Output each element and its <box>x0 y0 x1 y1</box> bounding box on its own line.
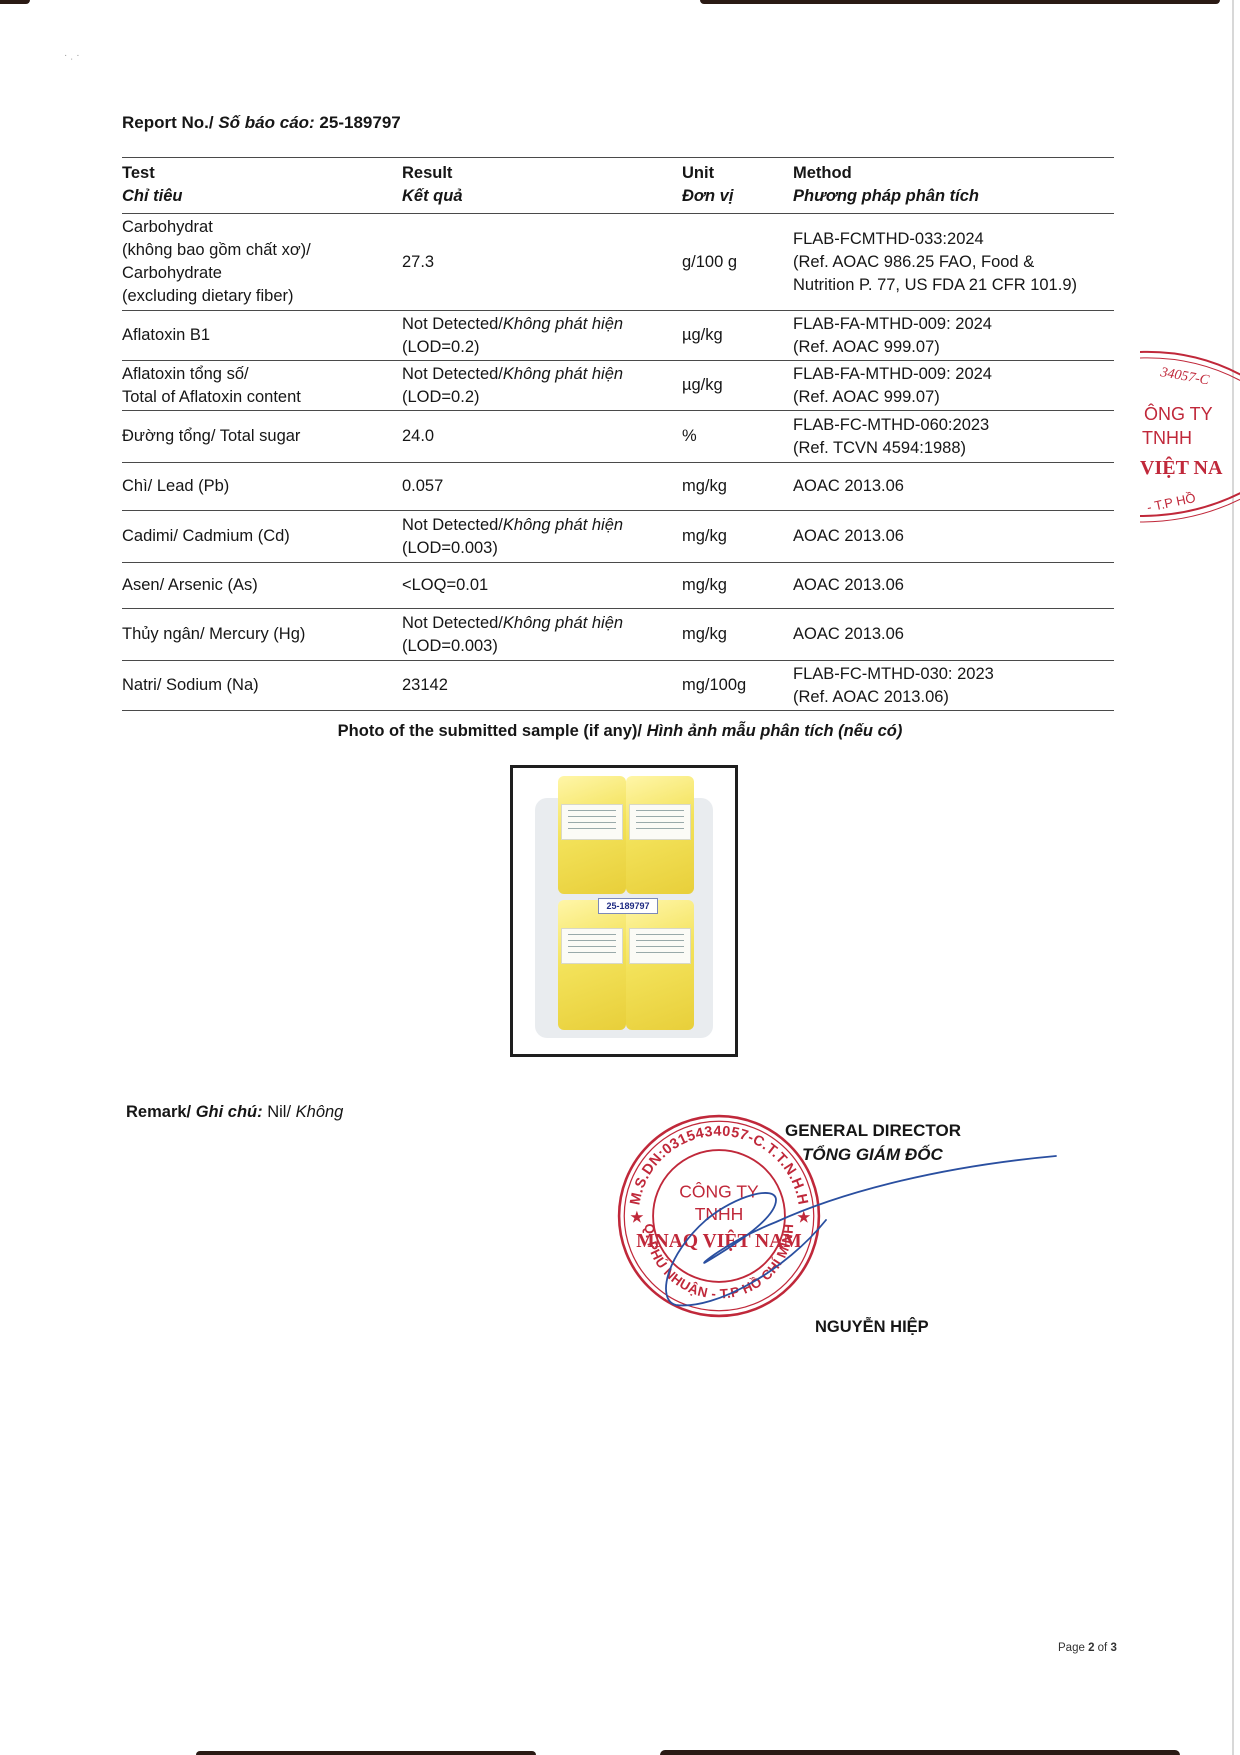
method-line: FLAB-FC-MTHD-060:2023 <box>793 414 1114 437</box>
cell-test: Carbohydrat(không bao gồm chất xơ)/Carbo… <box>122 214 402 310</box>
cell-result: 23142 <box>402 672 682 699</box>
result-value-vi: Không phát hiện <box>503 516 623 534</box>
table-row: Cadimi/ Cadmium (Cd)Not Detected/Không p… <box>122 511 1114 562</box>
scan-edge <box>1232 0 1234 1755</box>
scan-edge <box>196 1751 536 1755</box>
cell-unit: mg/kg <box>682 473 793 500</box>
sample-bag <box>626 900 694 1030</box>
cell-test: Aflatoxin tổng số/Total of Aflatoxin con… <box>122 361 402 411</box>
page-number: Page 2 of 3 <box>1058 1642 1117 1654</box>
cell-unit: µg/kg <box>682 322 793 349</box>
cell-method: AOAC 2013.06 <box>793 523 1114 550</box>
signature <box>616 1150 1066 1330</box>
test-name-line: Natri/ Sodium (Na) <box>122 674 402 697</box>
cell-unit: g/100 g <box>682 249 793 276</box>
page-of: of <box>1094 1642 1110 1654</box>
photo-caption-vi: Hình ảnh mẫu phân tích (nếu có) <box>647 722 903 740</box>
signatory-name: NGUYỄN HIỆP <box>815 1318 929 1337</box>
table-header: Test Chỉ tiêu Result Kết quả Unit Đơn vị… <box>122 158 1114 213</box>
partial-stamp-margin: 34057-C ÔNG TY TNHH VIỆT NA - T.P HỒ <box>1140 340 1240 560</box>
report-label-en: Report No./ <box>122 113 218 132</box>
page-word: Page <box>1058 1642 1088 1654</box>
result-value-vi: Không phát hiện <box>503 315 623 333</box>
sample-id-tag: 25-189797 <box>598 898 658 914</box>
remark: Remark/ Ghi chú: Nil/ Không <box>126 1103 343 1122</box>
cell-method: FLAB-FC-MTHD-030: 2023(Ref. AOAC 2013.06… <box>793 661 1114 711</box>
cell-test: Asen/ Arsenic (As) <box>122 572 402 599</box>
method-line: (Ref. AOAC 2013.06) <box>793 686 1114 709</box>
result-value: Not Detected/ <box>402 365 503 383</box>
header-test: Test Chỉ tiêu <box>122 160 402 210</box>
header-method: Method Phương pháp phân tích <box>793 160 1114 210</box>
result-value-vi: Không phát hiện <box>503 365 623 383</box>
results-table: Test Chỉ tiêu Result Kết quả Unit Đơn vị… <box>122 157 1114 711</box>
cell-result: Not Detected/Không phát hiện(LOD=0.2) <box>402 361 682 411</box>
cell-method: AOAC 2013.06 <box>793 473 1114 500</box>
result-value: <LOQ=0.01 <box>402 576 488 594</box>
cell-method: FLAB-FCMTHD-033:2024(Ref. AOAC 986.25 FA… <box>793 226 1114 299</box>
sample-label <box>629 928 691 964</box>
test-name-line: Cadimi/ Cadmium (Cd) <box>122 525 402 548</box>
header-result-en: Result <box>402 162 682 185</box>
result-value: Not Detected/ <box>402 516 503 534</box>
svg-text:ÔNG TY: ÔNG TY <box>1144 403 1213 424</box>
scan-specks: · ˌ · <box>64 50 144 80</box>
result-value: 27.3 <box>402 253 434 271</box>
method-line: FLAB-FA-MTHD-009: 2024 <box>793 313 1114 336</box>
method-line: AOAC 2013.06 <box>793 623 1114 646</box>
table-body: Carbohydrat(không bao gồm chất xơ)/Carbo… <box>122 214 1114 711</box>
header-method-en: Method <box>793 162 1114 185</box>
sample-label <box>629 804 691 840</box>
result-value-vi: Không phát hiện <box>503 614 623 632</box>
result-value: Not Detected/ <box>402 315 503 333</box>
test-name-line: Total of Aflatoxin content <box>122 386 402 409</box>
report-number: Report No./ Số báo cáo: 25-189797 <box>122 113 401 133</box>
method-line: FLAB-FCMTHD-033:2024 <box>793 228 1114 251</box>
result-value: 23142 <box>402 676 448 694</box>
method-line: FLAB-FA-MTHD-009: 2024 <box>793 363 1114 386</box>
header-method-vi: Phương pháp phân tích <box>793 185 1114 208</box>
cell-unit: mg/100g <box>682 672 793 699</box>
remark-label-en: Remark/ <box>126 1103 196 1121</box>
sample-label <box>561 928 623 964</box>
remark-value-en: Nil/ <box>263 1103 296 1121</box>
cell-result: 24.0 <box>402 423 682 450</box>
method-line: (Ref. AOAC 986.25 FAO, Food & <box>793 251 1114 274</box>
sample-bag <box>558 900 626 1030</box>
svg-text:TNHH: TNHH <box>1142 428 1192 448</box>
scan-edge <box>660 1750 1180 1755</box>
test-name-line: Carbohydrat <box>122 216 402 239</box>
cell-unit: mg/kg <box>682 523 793 550</box>
test-name-line: Asen/ Arsenic (As) <box>122 574 402 597</box>
test-name-line: Aflatoxin tổng số/ <box>122 363 402 386</box>
table-row: Thủy ngân/ Mercury (Hg)Not Detected/Khôn… <box>122 609 1114 660</box>
test-name-line: (không bao gồm chất xơ)/ <box>122 239 402 262</box>
table-row: Đường tổng/ Total sugar24.0%FLAB-FC-MTHD… <box>122 411 1114 462</box>
test-name-line: Đường tổng/ Total sugar <box>122 425 402 448</box>
result-lod: (LOD=0.003) <box>402 635 682 658</box>
scan-edge <box>700 0 1220 4</box>
table-row: Chì/ Lead (Pb)0.057mg/kgAOAC 2013.06 <box>122 463 1114 510</box>
table-row: Natri/ Sodium (Na)23142mg/100gFLAB-FC-MT… <box>122 661 1114 710</box>
test-name-line: Carbohydrate <box>122 262 402 285</box>
result-lod: (LOD=0.003) <box>402 537 682 560</box>
photo-caption-en: Photo of the submitted sample (if any)/ <box>338 722 647 740</box>
remark-value-vi: Không <box>296 1103 344 1121</box>
cell-test: Cadimi/ Cadmium (Cd) <box>122 523 402 550</box>
cell-method: FLAB-FC-MTHD-060:2023(Ref. TCVN 4594:198… <box>793 412 1114 462</box>
header-unit-vi: Đơn vị <box>682 185 793 208</box>
table-row: Aflatoxin B1Not Detected/Không phát hiện… <box>122 311 1114 360</box>
cell-test: Natri/ Sodium (Na) <box>122 672 402 699</box>
method-line: FLAB-FC-MTHD-030: 2023 <box>793 663 1114 686</box>
remark-label-vi: Ghi chú: <box>196 1103 263 1121</box>
method-line: AOAC 2013.06 <box>793 475 1114 498</box>
scan-edge <box>0 0 30 4</box>
cell-test: Chì/ Lead (Pb) <box>122 473 402 500</box>
test-name-line: Chì/ Lead (Pb) <box>122 475 402 498</box>
method-line: Nutrition P. 77, US FDA 21 CFR 101.9) <box>793 274 1114 297</box>
cell-test: Aflatoxin B1 <box>122 322 402 349</box>
result-value: 0.057 <box>402 477 443 495</box>
method-line: AOAC 2013.06 <box>793 525 1114 548</box>
sample-photo: 25-189797 <box>510 765 738 1057</box>
cell-method: FLAB-FA-MTHD-009: 2024(Ref. AOAC 999.07) <box>793 361 1114 411</box>
header-test-en: Test <box>122 162 402 185</box>
result-value: Not Detected/ <box>402 614 503 632</box>
header-unit: Unit Đơn vị <box>682 160 793 210</box>
header-unit-en: Unit <box>682 162 793 185</box>
method-line: (Ref. TCVN 4594:1988) <box>793 437 1114 460</box>
cell-unit: % <box>682 423 793 450</box>
cell-result: Not Detected/Không phát hiện(LOD=0.003) <box>402 610 682 660</box>
table-row: Asen/ Arsenic (As)<LOQ=0.01mg/kgAOAC 201… <box>122 563 1114 608</box>
photo-caption: Photo of the submitted sample (if any)/ … <box>0 722 1240 741</box>
svg-text:34057-C: 34057-C <box>1158 365 1210 389</box>
method-line: (Ref. AOAC 999.07) <box>793 336 1114 359</box>
cell-unit: mg/kg <box>682 621 793 648</box>
table-row: Carbohydrat(không bao gồm chất xơ)/Carbo… <box>122 214 1114 310</box>
method-line: (Ref. AOAC 999.07) <box>793 386 1114 409</box>
page-total: 3 <box>1110 1642 1116 1654</box>
cell-method: AOAC 2013.06 <box>793 621 1114 648</box>
test-name-line: (excluding dietary fiber) <box>122 285 402 308</box>
cell-result: 27.3 <box>402 249 682 276</box>
header-test-vi: Chỉ tiêu <box>122 185 402 208</box>
test-name-line: Aflatoxin B1 <box>122 324 402 347</box>
header-result: Result Kết quả <box>402 160 682 210</box>
cell-test: Thủy ngân/ Mercury (Hg) <box>122 621 402 648</box>
sample-label <box>561 804 623 840</box>
cell-method: FLAB-FA-MTHD-009: 2024(Ref. AOAC 999.07) <box>793 311 1114 361</box>
cell-result: <LOQ=0.01 <box>402 572 682 599</box>
table-row: Aflatoxin tổng số/Total of Aflatoxin con… <box>122 361 1114 410</box>
svg-text:VIỆT NA: VIỆT NA <box>1140 456 1223 479</box>
cell-unit: µg/kg <box>682 372 793 399</box>
cell-result: 0.057 <box>402 473 682 500</box>
signatory-title-vi: TỔNG GIÁM ĐỐC <box>802 1145 943 1165</box>
header-result-vi: Kết quả <box>402 185 682 208</box>
signatory-title-en: GENERAL DIRECTOR <box>785 1121 961 1141</box>
cell-result: Not Detected/Không phát hiện(LOD=0.003) <box>402 512 682 562</box>
report-number-value: 25-189797 <box>315 113 401 132</box>
cell-result: Not Detected/Không phát hiện(LOD=0.2) <box>402 311 682 361</box>
result-value: 24.0 <box>402 427 434 445</box>
report-label-vi: Số báo cáo: <box>218 113 314 132</box>
cell-test: Đường tổng/ Total sugar <box>122 423 402 450</box>
result-lod: (LOD=0.2) <box>402 386 682 409</box>
test-name-line: Thủy ngân/ Mercury (Hg) <box>122 623 402 646</box>
cell-method: AOAC 2013.06 <box>793 572 1114 599</box>
cell-unit: mg/kg <box>682 572 793 599</box>
method-line: AOAC 2013.06 <box>793 574 1114 597</box>
result-lod: (LOD=0.2) <box>402 336 682 359</box>
